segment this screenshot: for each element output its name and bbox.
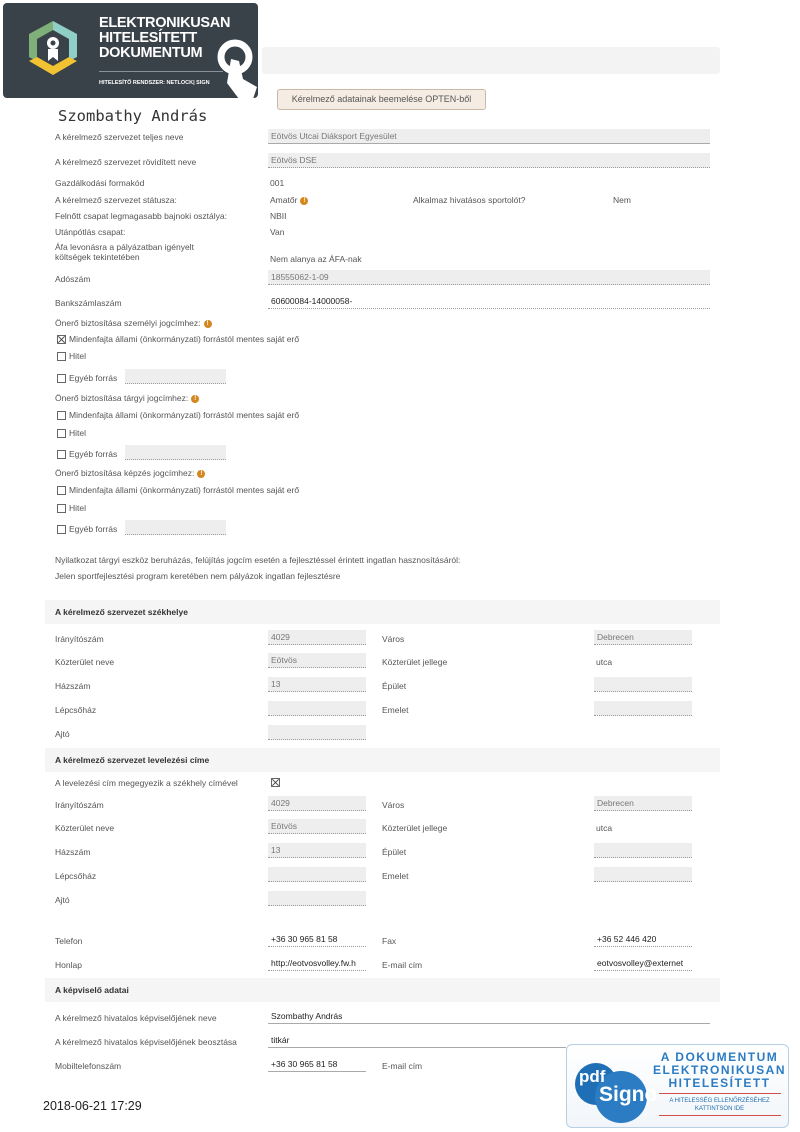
mail-city-label: Város [382, 800, 404, 810]
import-opten-button[interactable]: Kérelmező adatainak beemelése OPTEN-ből [277, 89, 486, 110]
badge-divider [99, 71, 223, 72]
checkbox-icon[interactable] [57, 429, 66, 438]
seat-house-label: Házszám [55, 681, 90, 691]
rep-position-field[interactable]: titkár [268, 1033, 566, 1048]
seat-door-label: Ajtó [55, 729, 70, 739]
mail-zip-label: Irányítószám [55, 800, 104, 810]
seat-street-label: Közterület neve [55, 657, 114, 667]
checkbox-label: Hitel [69, 428, 86, 438]
own-funds-personal-own-checkbox[interactable]: Mindenfajta állami (önkormányzati) forrá… [57, 334, 299, 344]
pro-athletes-label: Alkalmaz hivatásos sportolót? [413, 195, 525, 205]
bank-account-label: Bankszámlaszám [55, 298, 122, 308]
checkbox-label: Egyéb forrás [69, 373, 117, 383]
seat-house-field[interactable]: 13 [268, 677, 366, 692]
mail-zip-field[interactable]: 4029 [268, 796, 366, 811]
short-name-field[interactable]: Eötvös DSE [268, 153, 710, 168]
seat-street-field[interactable]: Eötvös [268, 653, 366, 668]
seat-section-header: A kérelmező szervezet székhelye [45, 600, 720, 624]
seat-building-field[interactable] [594, 677, 692, 692]
checkbox-label: Egyéb forrás [69, 524, 117, 534]
own-funds-title-text: Önerő biztosítása tárgyi jogcímhez: [55, 393, 188, 403]
pro-athletes-value: Nem [613, 195, 631, 205]
fax-field[interactable]: +36 52 446 420 [594, 932, 692, 947]
badge-title-line: DOKUMENTUM [99, 46, 230, 61]
form-code-label: Gazdálkodási formakód [55, 178, 144, 188]
mail-building-field[interactable] [594, 843, 692, 858]
bank-account-field[interactable]: 60600084-14000058- [268, 294, 710, 309]
own-funds-title-text: Önerő biztosítása személyi jogcímhez: [55, 318, 201, 328]
seat-stair-field[interactable] [268, 701, 366, 716]
rep-email-label: E-mail cím [382, 1061, 422, 1071]
checkbox-label: Mindenfajta állami (önkormányzati) forrá… [69, 334, 299, 344]
declaration-text: Jelen sportfejlesztési program keretében… [55, 571, 340, 581]
status-value: Amatőr! [270, 195, 308, 205]
vat-label-line: Áfa levonásra a pályázatban igényelt [55, 242, 194, 252]
top-bar [262, 47, 720, 74]
status-label: A kérelmező szervezet státusza: [55, 195, 177, 205]
mail-same-label: A levelezési cím megegyezik a székhely c… [55, 778, 238, 788]
checkbox-icon[interactable] [57, 525, 66, 534]
league-value: NBII [270, 211, 287, 221]
vat-label-line: költségek tekintetében [55, 252, 194, 262]
representative-section-header: A képviselő adatai [45, 978, 720, 1002]
checkbox-icon[interactable] [57, 352, 66, 361]
website-label: Honlap [55, 960, 82, 970]
info-icon[interactable]: ! [197, 470, 205, 478]
seat-floor-label: Emelet [382, 705, 408, 715]
own-funds-title-text: Önerő biztosítása képzés jogcímhez: [55, 468, 194, 478]
own-funds-training-loan-checkbox[interactable]: Hitel [57, 503, 86, 513]
checkbox-icon[interactable] [57, 450, 66, 459]
badge-title-line: HITELESÍTETT [99, 31, 230, 46]
badge-small-1: A HITELESSÉG ELLENŐRZÉSÉHEZ [652, 1097, 787, 1105]
checkbox-label: Mindenfajta állami (önkormányzati) forrá… [69, 410, 299, 420]
signer-name: Szombathy András [58, 107, 207, 125]
tax-number-label: Adószám [55, 274, 90, 284]
mail-house-field[interactable]: 13 [268, 843, 366, 858]
own-funds-tangible-title: Önerő biztosítása tárgyi jogcímhez:! [55, 393, 199, 403]
checkbox-icon[interactable] [57, 504, 66, 513]
short-name-label: A kérelmező szervezet rövidített neve [55, 157, 196, 167]
full-name-label: A kérelmező szervezet teljes neve [55, 132, 184, 142]
own-funds-tangible-own-checkbox[interactable]: Mindenfajta állami (önkormányzati) forrá… [57, 410, 299, 420]
rep-position-label: A kérelmező hivatalos képviselőjének beo… [55, 1037, 237, 1047]
declaration-title: Nyilatkozat tárgyi eszköz beruházás, fel… [55, 555, 460, 565]
netlock-authentication-badge[interactable]: ELEKTRONIKUSAN HITELESÍTETT DOKUMENTUM H… [3, 3, 258, 98]
timestamp: 2018-06-21 17:29 [43, 1099, 142, 1113]
form-code-value: 001 [270, 178, 284, 188]
checkbox-icon[interactable] [57, 374, 66, 383]
full-name-field[interactable]: Eötvös Utcai Diáksport Egyesület [268, 129, 710, 144]
own-funds-personal-title: Önerő biztosítása személyi jogcímhez:! [55, 318, 212, 328]
checkbox-icon[interactable] [57, 486, 66, 495]
mail-street-field[interactable]: Eötvös [268, 819, 366, 834]
vat-value: Nem alanya az ÁFA-nak [270, 254, 362, 264]
mail-stair-label: Lépcsőház [55, 871, 96, 881]
seat-stair-label: Lépcsőház [55, 705, 96, 715]
own-funds-training-other-checkbox[interactable]: Egyéb forrás [57, 524, 117, 534]
mail-door-label: Ajtó [55, 895, 70, 905]
seat-city-label: Város [382, 634, 404, 644]
info-icon[interactable]: ! [191, 395, 199, 403]
pdfsigno-logo-signo: Signo [599, 1083, 657, 1107]
mail-street-type-label: Közterület jellege [382, 823, 447, 833]
own-funds-training-own-checkbox[interactable]: Mindenfajta állami (önkormányzati) forrá… [57, 485, 299, 495]
badge-title: ELEKTRONIKUSAN HITELESÍTETT DOKUMENTUM [99, 16, 230, 61]
own-funds-personal-loan-checkbox[interactable]: Hitel [57, 351, 86, 361]
mail-door-field[interactable] [268, 891, 366, 906]
checkbox-checked-icon[interactable] [271, 778, 280, 787]
mail-city-field[interactable]: Debrecen [594, 796, 692, 811]
info-icon[interactable]: ! [300, 197, 308, 205]
mail-street-label: Közterület neve [55, 823, 114, 833]
email-field[interactable]: eotvosvolley@externet [594, 956, 692, 971]
checkbox-label: Egyéb forrás [69, 449, 117, 459]
seat-floor-field[interactable] [594, 701, 692, 716]
mail-same-checkbox[interactable] [271, 778, 283, 787]
website-field[interactable]: http://eotvosvolley.fw.h [268, 956, 366, 971]
checkbox-label: Hitel [69, 503, 86, 513]
phone-field[interactable]: +36 30 965 81 58 [268, 932, 366, 947]
badge-subtitle: HITELESÍTŐ RENDSZER: NETLOCK| SIGN [99, 80, 210, 86]
own-funds-personal-other-checkbox[interactable]: Egyéb forrás [57, 373, 117, 383]
mail-street-type-value: utca [596, 823, 612, 833]
seat-door-field[interactable] [268, 725, 366, 740]
seat-zip-label: Irányítószám [55, 634, 104, 644]
mail-floor-field[interactable] [594, 867, 692, 882]
seat-building-label: Épület [382, 681, 406, 691]
own-funds-tangible-loan-checkbox[interactable]: Hitel [57, 428, 86, 438]
rep-name-label: A kérelmező hivatalos képviselőjének nev… [55, 1013, 217, 1023]
badge-title-line: ELEKTRONIKUSAN [99, 16, 230, 31]
mail-section-header: A kérelmező szervezet levelezési címe [45, 748, 720, 772]
status-text: Amatőr [270, 195, 297, 205]
mail-house-label: Házszám [55, 847, 90, 857]
own-funds-tangible-other-field[interactable] [125, 445, 226, 460]
checkbox-label: Mindenfajta állami (önkormányzati) forrá… [69, 485, 299, 495]
phone-label: Telefon [55, 936, 82, 946]
rep-name-field[interactable]: Szombathy András [268, 1009, 710, 1024]
mail-building-label: Épület [382, 847, 406, 857]
mail-stair-field[interactable] [268, 867, 366, 882]
email-label: E-mail cím [382, 960, 422, 970]
rep-mobile-label: Mobiltelefonszám [55, 1061, 121, 1071]
own-funds-training-other-field[interactable] [125, 520, 226, 535]
checkbox-icon[interactable] [57, 411, 66, 420]
badge-divider [659, 1115, 781, 1116]
certificate-hexagon-icon [21, 19, 85, 79]
seat-street-type-label: Közterület jellege [382, 657, 447, 667]
tax-number-field[interactable]: 18555062-1-09 [268, 270, 710, 285]
fax-label: Fax [382, 936, 396, 946]
mail-floor-label: Emelet [382, 871, 408, 881]
league-label: Felnőtt csapat legmagasabb bajnoki osztá… [55, 211, 227, 221]
rep-mobile-field[interactable]: +36 30 965 81 58 [268, 1057, 366, 1072]
badge-divider [659, 1093, 781, 1094]
own-funds-training-title: Önerő biztosítása képzés jogcímhez:! [55, 468, 205, 478]
youth-label: Utánpótlás csapat: [55, 227, 125, 237]
pdfsigno-verification-badge[interactable]: pdf Signo A DOKUMENTUM ELEKTRONIKUSAN HI… [566, 1044, 789, 1128]
click-cursor-icon [213, 39, 261, 99]
badge-small-2: KATTINTSON IDE [652, 1105, 787, 1113]
seat-zip-field[interactable]: 4029 [268, 630, 366, 645]
own-funds-personal-other-field[interactable] [125, 369, 226, 384]
badge-line-3: HITELESÍTETT [652, 1077, 787, 1090]
seat-city-field[interactable]: Debrecen [594, 630, 692, 645]
youth-value: Van [270, 227, 285, 237]
checkbox-label: Hitel [69, 351, 86, 361]
checkbox-checked-icon[interactable] [57, 335, 66, 344]
vat-label: Áfa levonásra a pályázatban igényeltkölt… [55, 242, 194, 262]
own-funds-tangible-other-checkbox[interactable]: Egyéb forrás [57, 449, 117, 459]
seat-street-type-value: utca [596, 657, 612, 667]
info-icon[interactable]: ! [204, 320, 212, 328]
